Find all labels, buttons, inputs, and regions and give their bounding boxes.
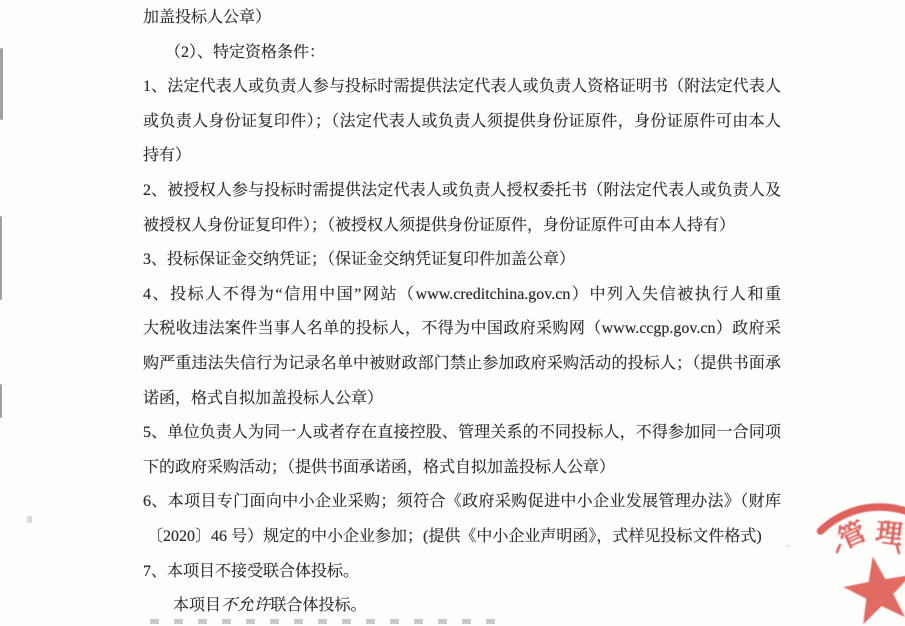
scan-speck: [27, 516, 32, 523]
star-icon: [839, 551, 905, 626]
text-line: 持有）: [143, 139, 781, 174]
text-line: 5、单位负责人为同一人或者存在直接控股、管理关系的不同投标人，不得参加同一合同项: [143, 416, 781, 451]
text-line: 4、投标人不得为“信用中国”网站（www.creditchina.gov.cn）…: [143, 278, 781, 313]
text-line: 诺函，格式自拟加盖投标人公章）: [143, 382, 781, 417]
official-seal-stamp: 管 理: [770, 440, 905, 626]
seal-char-2: 理: [874, 517, 904, 550]
text-line: 大税收违法案件当事人名单的投标人，不得为中国政府采购网（www.ccgp.gov…: [143, 312, 781, 347]
seal-tick-left: [837, 545, 840, 552]
text-line: 〔2020〕46 号）规定的中小企业参加；(提供《中小企业声明函》，式样见投标文…: [143, 520, 781, 555]
text-line: 6、本项目专门面向中小企业采购；须符合《政府采购促进中小企业发展管理办法》（财库: [143, 485, 781, 520]
document-body: 加盖投标人公章）（2）、特定资格条件：1、法定代表人或负责人参与投标时需提供法定…: [143, 1, 781, 624]
emphasis-suffix: 联合体投标。: [271, 597, 367, 614]
text-line: 或负责人身份证复印件）；（法定代表人或负责人须提供身份证原件，身份证原件可由本人: [143, 105, 781, 140]
text-line: 1、法定代表人或负责人参与投标时需提供法定代表人或负责人资格证明书（附法定代表人: [143, 70, 781, 105]
scan-edge-artifact: [0, 48, 3, 120]
text-line: 下的政府采购活动；（提供书面承诺函，格式自拟加盖投标人公章）: [143, 451, 781, 486]
text-line: 加盖投标人公章）: [143, 1, 781, 36]
text-line: 被授权人身份证复印件）；（被授权人须提供身份证原件，身份证原件可由本人持有）: [143, 209, 781, 244]
emphasis-italic-text: 不允许: [221, 597, 271, 614]
cutoff-text-fragment: [150, 619, 510, 624]
scan-speck: [700, 500, 704, 502]
text-line: 购严重违法失信行为记录名单中被财政部门禁止参加政府采购活动的投标人；（提供书面承: [143, 347, 781, 382]
document-lines: 加盖投标人公章）（2）、特定资格条件：1、法定代表人或负责人参与投标时需提供法定…: [143, 1, 781, 589]
text-line: 7、本项目不接受联合体投标。: [143, 555, 781, 590]
scanned-document-page: 加盖投标人公章）（2）、特定资格条件：1、法定代表人或负责人参与投标时需提供法定…: [0, 0, 905, 626]
scan-edge-artifact: [0, 384, 2, 418]
text-line: （2）、特定资格条件：: [143, 36, 781, 71]
emphasis-prefix: 本项目: [173, 597, 221, 614]
scan-edge-artifact: [0, 216, 2, 300]
text-line: 3、投标保证金交纳凭证；（保证金交纳凭证复印件加盖公章）: [143, 243, 781, 278]
text-line: 2、被授权人参与投标时需提供法定代表人或负责人授权委托书（附法定代表人或负责人及: [143, 174, 781, 209]
